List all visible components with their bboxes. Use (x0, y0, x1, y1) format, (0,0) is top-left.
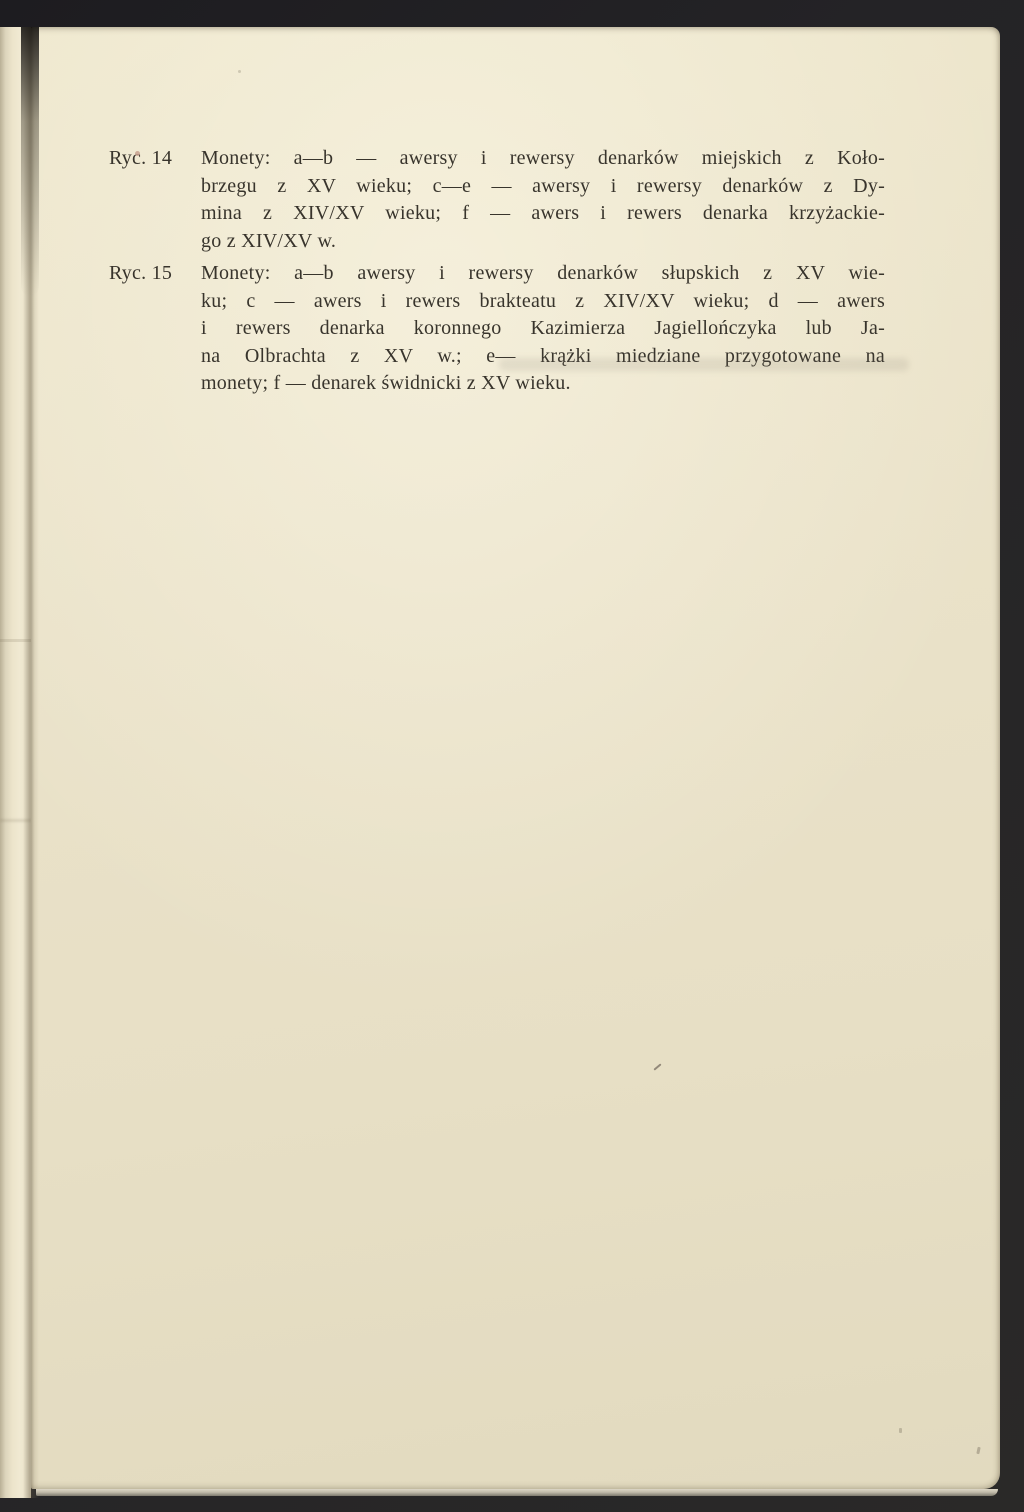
scanned-book-page: Ryc. 14 Monety: a—b — awersy i rewersy d… (0, 0, 1024, 1512)
figure-number-label: Ryc. 14 (109, 145, 201, 255)
paper-speck (238, 70, 241, 73)
figure-caption-text: Monety: a—b — awersy i rewersy denarków … (201, 145, 885, 255)
caption-line: brzegu z XV wieku; c—e — awersy i rewers… (201, 173, 885, 201)
figure-caption-entry: Ryc. 15 Monety: a—b awersy i rewersy den… (109, 260, 885, 398)
caption-line: monety; f — denarek świdnicki z XV wieku… (201, 370, 885, 398)
caption-line: Monety: a—b — awersy i rewersy denarków … (201, 145, 885, 173)
caption-line: go z XIV/XV w. (201, 228, 885, 256)
paper-speck (899, 1428, 902, 1433)
caption-line: Monety: a—b awersy i rewersy denarków sł… (201, 260, 885, 288)
figure-number-label: Ryc. 15 (109, 260, 201, 398)
book-page: Ryc. 14 Monety: a—b — awersy i rewersy d… (31, 27, 1000, 1489)
caption-line: ku; c — awers i rewers brakteatu z XIV/X… (201, 288, 885, 316)
paper-speck (135, 151, 140, 156)
caption-line: i rewers denarka koronnego Kazimierza Ja… (201, 315, 885, 343)
figure-caption-text: Monety: a—b awersy i rewersy denarków sł… (201, 260, 885, 398)
figure-caption-entry: Ryc. 14 Monety: a—b — awersy i rewersy d… (109, 145, 885, 255)
caption-line: mina z XIV/XV wieku; f — awers i rewers … (201, 200, 885, 228)
print-smudge (499, 358, 909, 371)
page-bottom-edge (36, 1489, 998, 1496)
binding-crease-shadow-top (21, 27, 39, 297)
